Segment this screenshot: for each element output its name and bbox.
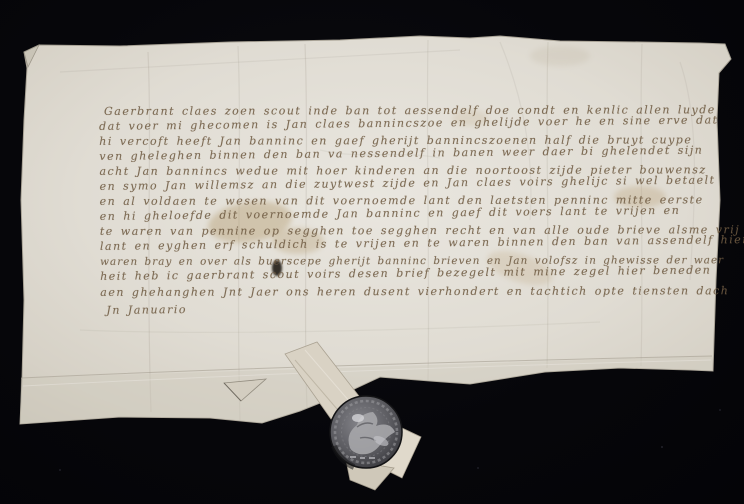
manuscript-text: Gaerbrant claes zoen scout inde ban tot … xyxy=(0,0,744,504)
manuscript-line: Jn Januario xyxy=(106,303,187,318)
manuscript-line: aen ghehanghen Jnt Jaer ons heren dusent… xyxy=(100,284,729,300)
photo-canvas: Gaerbrant claes zoen scout inde ban tot … xyxy=(0,0,744,504)
